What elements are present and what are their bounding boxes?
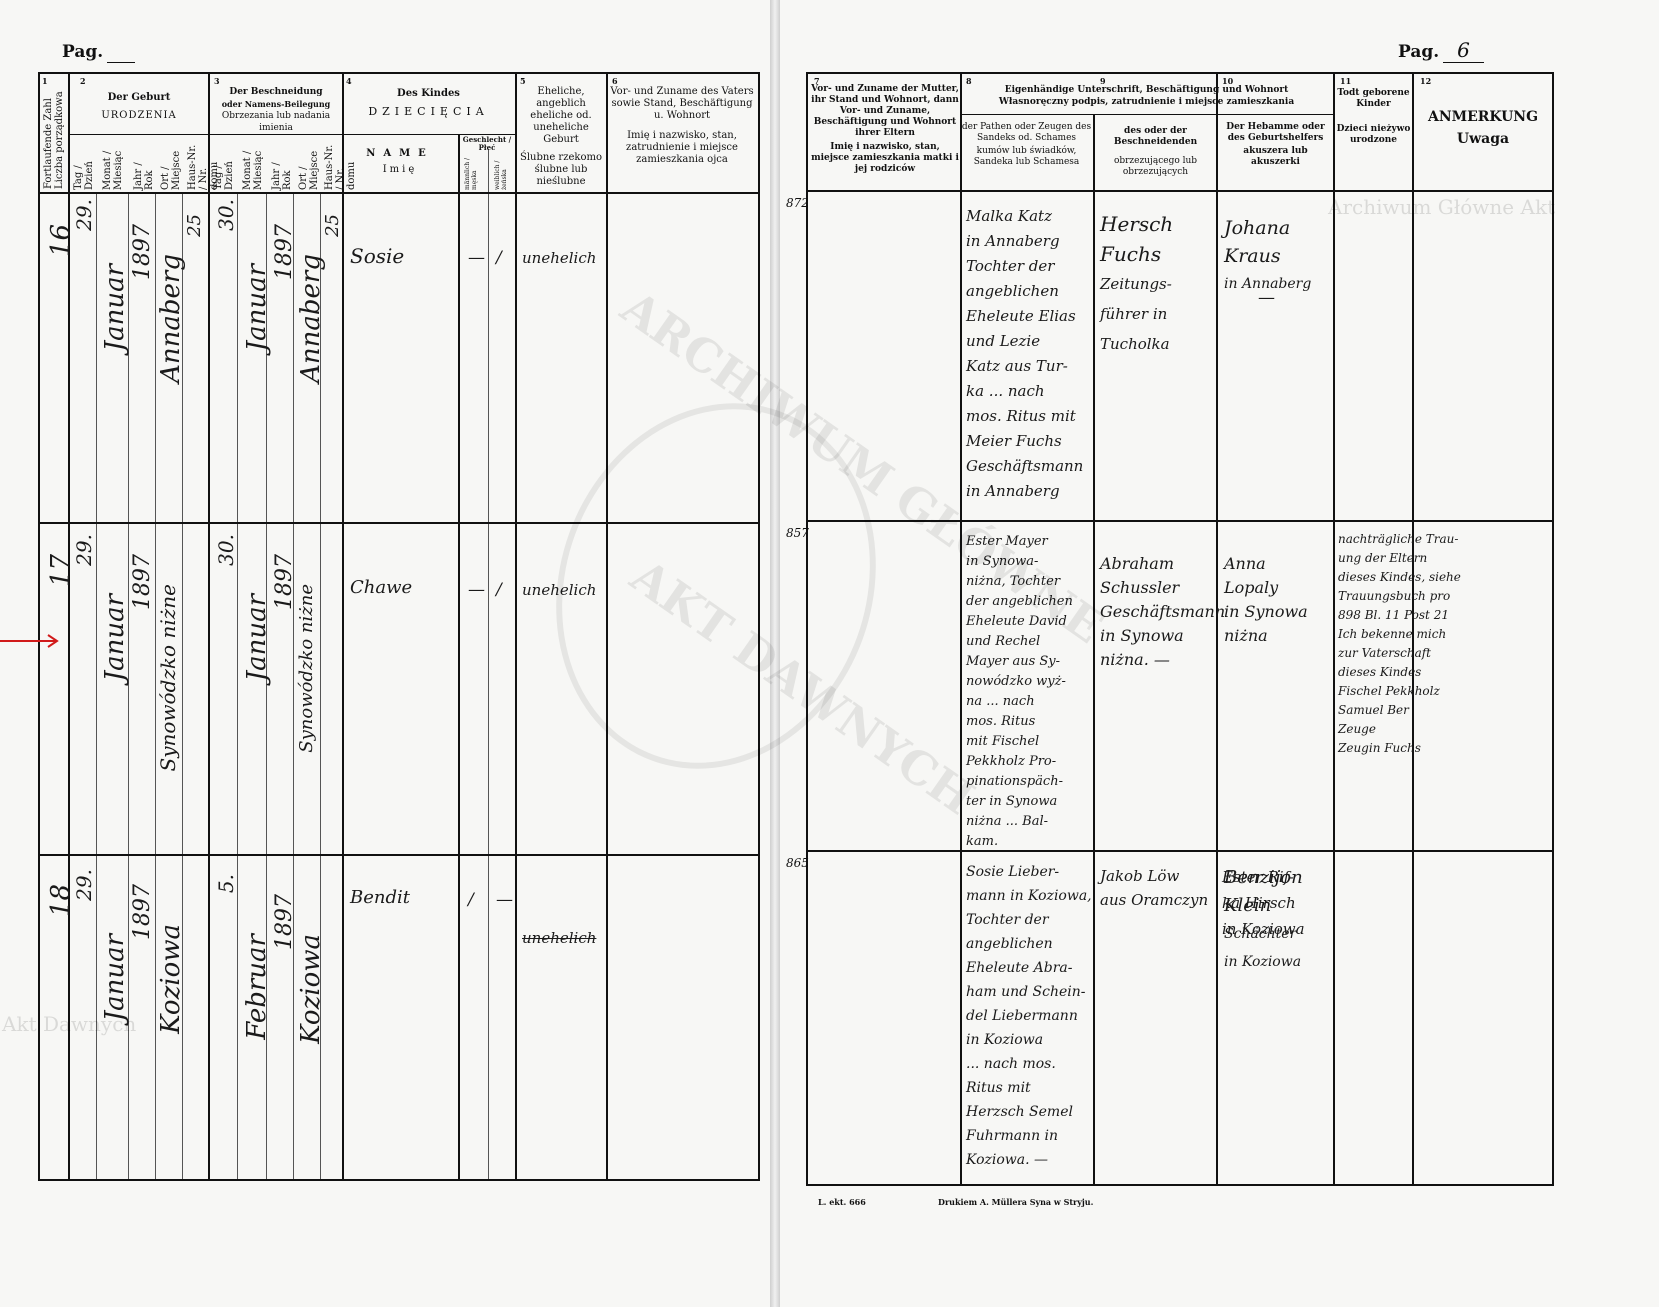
header-witnesses: der Pathen oder Zeugen des Sandeks od. S… — [960, 122, 1093, 168]
header-signature-group: Eigenhändige Unterschrift, Beschäftigung… — [960, 84, 1333, 108]
entry-reference: 872 — [786, 196, 809, 210]
archive-watermark: Archiwum Główne Akt — [1328, 195, 1555, 219]
col-number: 6 — [612, 76, 618, 86]
circ-day: 5. — [214, 874, 238, 893]
birth-year: 1897 — [130, 224, 155, 280]
sex-male-mark: / — [468, 886, 474, 914]
child-name: Bendit — [350, 884, 410, 912]
circ-month: Januar — [242, 594, 272, 681]
header-mother: Vor- und Zuname der Mutter, ihr Stand un… — [810, 84, 960, 175]
col-number: 12 — [1420, 76, 1431, 86]
header-father: Vor- und Zuname des Vaters sowie Stand, … — [608, 86, 756, 166]
witness-details: HerschFuchsZeitungs-führer inTucholka — [1100, 209, 1173, 359]
header-remarks: ANMERKUNG Uwaga — [1414, 106, 1552, 150]
child-name: Sosie — [350, 242, 404, 270]
col-number: 4 — [346, 76, 352, 86]
header-circumcision: Der Beschneidung oder Namens-Beilegung O… — [210, 86, 342, 134]
circ-place: Annaberg — [296, 254, 326, 383]
form-number: L. ekt. 666 — [818, 1197, 866, 1207]
circ-year: 1897 — [272, 554, 297, 610]
circ-year: 1897 — [272, 224, 297, 280]
circ-month: Februar — [242, 934, 272, 1040]
subheader-day: Tag / Dzień — [213, 140, 235, 190]
sex-male-mark: — — [468, 576, 485, 604]
legitimacy: unehelich — [522, 924, 596, 952]
circ-year: 1897 — [272, 894, 297, 950]
births-table-right: 7 Vor- und Zuname der Mutter, ihr Stand … — [806, 72, 1554, 1186]
red-arrow-marker-icon — [0, 634, 60, 648]
legitimacy: unehelich — [522, 244, 596, 272]
entry-reference: 865 — [786, 856, 809, 870]
birth-year: 1897 — [130, 554, 155, 610]
circ-day: 30. — [214, 199, 238, 231]
birth-place: Annaberg — [156, 254, 186, 383]
col-number: 3 — [214, 76, 220, 86]
midwife-details: JohanaKrausin Annaberg — [1224, 214, 1311, 298]
col-number: 11 — [1340, 76, 1351, 86]
midwife-details: Ester Rif-ka Hirschin Koziowa — [1222, 864, 1305, 942]
birth-month: Januar — [100, 934, 130, 1021]
col-number: 10 — [1222, 76, 1233, 86]
header-stillborn: Todt geborene Kinder Dzieci nieżywo urod… — [1335, 88, 1412, 146]
subheader-day: Tag / Dzień — [73, 140, 95, 190]
subheader-place: Ort / Miejsce — [298, 140, 320, 190]
birth-day: 29. — [72, 869, 96, 901]
child-name: Chawe — [350, 574, 412, 602]
birth-house: 25 — [184, 214, 205, 237]
circ-place: Koziowa — [296, 934, 326, 1044]
page-label-left: Pag. — [62, 38, 135, 62]
circ-place: Synowódzko niżne — [296, 584, 317, 753]
col-number: 5 — [520, 76, 526, 86]
birth-year: 1897 — [130, 884, 155, 940]
header-child: Des Kindes DZIECIĘCIA — [342, 88, 515, 118]
col-number: 9 — [1100, 76, 1106, 86]
birth-month: Januar — [100, 264, 130, 351]
right-register-page: Pag.6 7 Vor- und Zuname der Mutter, ihr … — [780, 0, 1659, 1307]
remarks: nachträgliche Trau-ung der Elterndieses … — [1338, 530, 1461, 758]
birth-day: 29. — [72, 534, 96, 566]
col-number: 2 — [80, 76, 86, 86]
sex-male-mark: — — [468, 244, 485, 272]
subheader-year: Jahr / Rok — [271, 140, 293, 190]
witness-details: Jakob Löwaus Oramczyn — [1100, 864, 1208, 912]
header-birth: Der Geburt URODZENIA — [70, 92, 208, 122]
birth-place: Koziowa — [156, 924, 186, 1034]
sex-female-mark: / — [496, 244, 502, 272]
circ-house: 25 — [322, 214, 343, 237]
birth-day: 29. — [72, 199, 96, 231]
header-legitimacy: Eheliche, angeblich eheliche od. uneheli… — [516, 86, 606, 188]
sex-female-mark: — — [496, 886, 513, 914]
sex-female-mark: / — [496, 576, 502, 604]
header-circumciser: des oder der Beschneidenden obrzezująceg… — [1095, 126, 1216, 178]
printer-imprint: Drukiem A. Müllera Syna w Stryju. — [938, 1197, 1093, 1207]
header-child-name: NAME Imię — [342, 148, 458, 176]
circ-day: 30. — [214, 534, 238, 566]
birth-place: Synowódzko niżne — [156, 584, 180, 771]
subheader-month: Monat / Miesiąc — [242, 140, 264, 190]
mother-details: Malka Katzin AnnabergTochter derangeblic… — [966, 204, 1083, 504]
subheader-year: Jahr / Rok — [133, 140, 155, 190]
page-label-right: Pag.6 — [1398, 38, 1484, 62]
header-sex: Geschlecht / Płeć — [459, 136, 515, 152]
birth-month: Januar — [100, 594, 130, 681]
header-midwife: Der Hebamme oder des Geburtshelfers akus… — [1218, 122, 1333, 168]
archive-watermark: Akt Dawnych — [2, 1012, 136, 1036]
circ-month: Januar — [242, 264, 272, 351]
header-serial: Fortlaufende ZahlLiczba porządkowa — [43, 84, 65, 189]
subheader-female: weiblich / żeńska — [494, 154, 508, 190]
midwife-details: AnnaLopalyin Synowaniżna — [1224, 552, 1308, 648]
subheader-month: Monat / Miesiąc — [102, 140, 124, 190]
witness-details: AbrahamSchusslerGeschäftsmannin Synowani… — [1100, 552, 1225, 672]
subheader-male: männlich / męska — [464, 154, 478, 190]
subheader-place: Ort / Miejsce — [160, 140, 182, 190]
mother-details: Sosie Lieber-mann in Koziowa,Tochter der… — [966, 860, 1092, 1172]
